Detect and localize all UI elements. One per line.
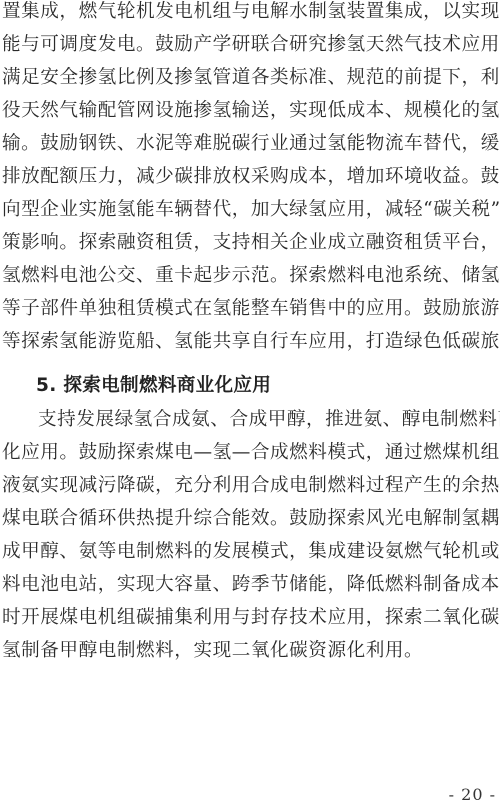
text-line: 策影响。探索融资租赁，支持相关企业成立融资租赁平台，推动 [2, 231, 498, 255]
text-line: 氢燃料电池公交、重卡起步示范。探索燃料电池系统、储氢瓶（罐） [2, 264, 498, 288]
text-line: 液氨实现减污降碳，充分利用合成电制燃料过程产生的余热，与 [2, 474, 498, 498]
text-line: 化应用。鼓励探索煤电—氢—合成燃料模式，通过燃煤机组掺烧 [2, 441, 498, 465]
text-line: 满足安全掺氢比例及掺氢管道各类标准、规范的前提下，利用现 [2, 66, 498, 90]
text-line: 支持发展绿氢合成氨、合成甲醇，推进氨、醇电制燃料商业 [38, 408, 498, 432]
text-line: 煤电联合循环供热提升综合能效。鼓励探索风光电解制氢耦合合 [2, 507, 498, 531]
text-line: 役天然气输配管网设施掺氢输送，实现低成本、规模化的氢气运 [2, 99, 498, 123]
text-line: 氢制备甲醇电制燃料，实现二氧化碳资源化利用。 [2, 639, 498, 663]
text-line: 时开展煤电机组碳捕集利用与封存技术应用，探索二氧化碳和绿 [2, 606, 498, 630]
text-line: 等探索氢能游览船、氢能共享自行车应用，打造绿色低碳旅游品牌。 [2, 330, 498, 354]
text-line: 能与可调度发电。鼓励产学研联合研究掺氢天然气技术应用，在 [2, 33, 498, 57]
text-line: 排放配额压力，减少碳排放权采购成本，增加环境收益。鼓励外 [2, 165, 498, 189]
text-line: 料电池电站，实现大容量、跨季节储能，降低燃料制备成本。适 [2, 573, 498, 597]
text-line: 等子部件单独租赁模式在氢能整车销售中的应用。鼓励旅游景区 [2, 297, 498, 321]
text-line: 成甲醇、氨等电制燃料的发展模式，集成建设氨燃气轮机或氢燃 [2, 540, 498, 564]
text-line: 置集成，燃气轮机发电机组与电解水制氢装置集成，以实现氢储 [2, 0, 498, 24]
document-page: 置集成，燃气轮机发电机组与电解水制氢装置集成，以实现氢储 能与可调度发电。鼓励产… [0, 0, 500, 809]
text-line: 输。鼓励钢铁、水泥等难脱碳行业通过氢能物流车替代，缓解碳 [2, 132, 498, 156]
page-number: - 20 - [449, 785, 496, 804]
text-line: 向型企业实施氢能车辆替代，加大绿氢应用，减轻“碳关税”政 [2, 198, 498, 222]
section-heading: 5. 探索电制燃料商业化应用 [36, 374, 271, 398]
